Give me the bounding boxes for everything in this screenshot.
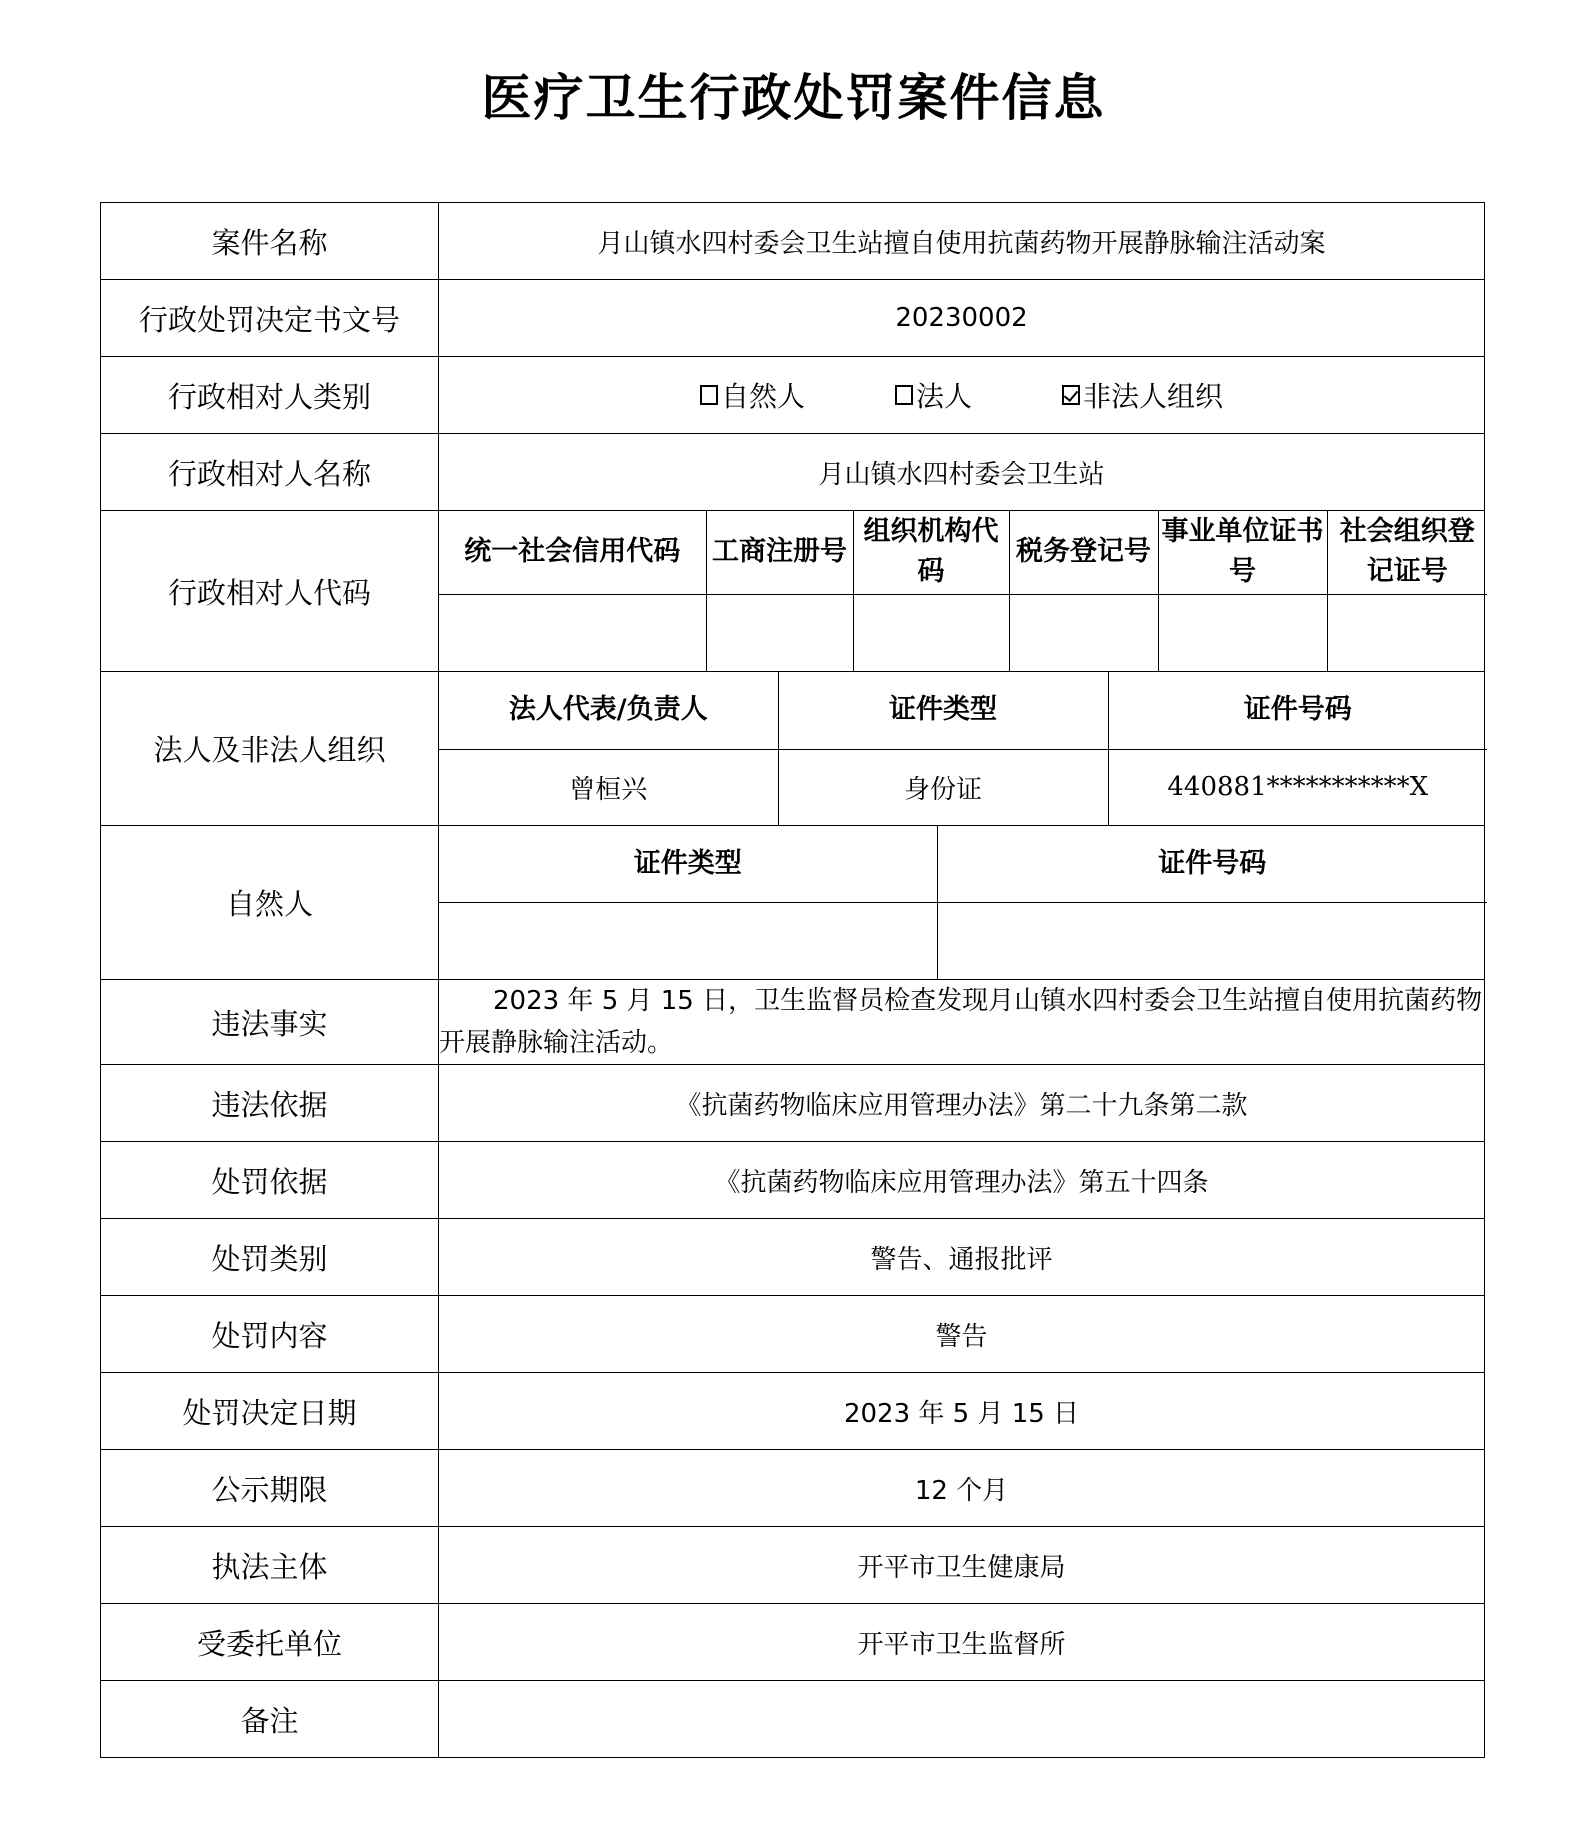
header-unified-credit-code: 统一社会信用代码 <box>439 511 706 594</box>
enforcement-body-label: 执法主体 <box>101 1527 439 1604</box>
row-party-code: 行政相对人代码 统一社会信用代码 工商注册号 组织机构代码 税务登记号 事业单位… <box>101 511 1485 672</box>
row-party-type: 行政相对人类别 自然人 法人 非法人组织 <box>101 357 1485 434</box>
enforcement-body-value: 开平市卫生健康局 <box>439 1527 1485 1604</box>
natural-person-grid-cell: 证件类型 证件号码 <box>439 826 1485 980</box>
unchecked-box-icon <box>895 385 913 405</box>
party-type-value: 自然人 法人 非法人组织 <box>439 357 1485 434</box>
party-name-label: 行政相对人名称 <box>101 434 439 511</box>
entrusted-unit-label: 受委托单位 <box>101 1604 439 1681</box>
publicity-period-label: 公示期限 <box>101 1450 439 1527</box>
checkbox-label: 非法人组织 <box>1083 375 1223 415</box>
checkbox-unincorporated-org[interactable]: 非法人组织 <box>1062 375 1223 415</box>
header-id-number: 证件号码 <box>1108 672 1487 749</box>
row-remarks: 备注 <box>101 1681 1485 1758</box>
unchecked-box-icon <box>700 385 718 405</box>
legal-entity-grid: 法人代表/负责人 证件类型 证件号码 曾桓兴 身份证 440881*******… <box>439 672 1487 825</box>
party-name-value: 月山镇水四村委会卫生站 <box>439 434 1485 511</box>
header-tax-reg-no: 税务登记号 <box>1009 511 1158 594</box>
row-penalty-basis: 处罚依据 《抗菌药物临床应用管理办法》第五十四条 <box>101 1142 1485 1219</box>
violation-basis-value: 《抗菌药物临床应用管理办法》第二十九条第二款 <box>439 1065 1485 1142</box>
party-code-grid: 统一社会信用代码 工商注册号 组织机构代码 税务登记号 事业单位证书号 社会组织… <box>439 511 1487 671</box>
value-id-number: 440881***********X <box>1108 749 1487 825</box>
value-id-type: 身份证 <box>778 749 1108 825</box>
case-name-label: 案件名称 <box>101 203 439 280</box>
row-natural-person: 自然人 证件类型 证件号码 <box>101 826 1485 980</box>
value-unified-credit-code <box>439 594 706 671</box>
remarks-value <box>439 1681 1485 1758</box>
row-decision-no: 行政处罚决定书文号 20230002 <box>101 280 1485 357</box>
checked-box-icon <box>1062 385 1080 405</box>
checkbox-label: 法人 <box>916 375 972 415</box>
document-title: 医疗卫生行政处罚案件信息 <box>0 58 1587 130</box>
decision-no-label: 行政处罚决定书文号 <box>101 280 439 357</box>
case-info-table: 案件名称 月山镇水四村委会卫生站擅自使用抗菌药物开展静脉输注活动案 行政处罚决定… <box>100 202 1485 1758</box>
party-code-label: 行政相对人代码 <box>101 511 439 672</box>
penalty-basis-value: 《抗菌药物临床应用管理办法》第五十四条 <box>439 1142 1485 1219</box>
row-decision-date: 处罚决定日期 2023 年 5 月 15 日 <box>101 1373 1485 1450</box>
header-id-type: 证件类型 <box>439 826 937 902</box>
value-id-type <box>439 902 937 979</box>
penalty-content-value: 警告 <box>439 1296 1485 1373</box>
violation-basis-label: 违法依据 <box>101 1065 439 1142</box>
decision-date-label: 处罚决定日期 <box>101 1373 439 1450</box>
remarks-label: 备注 <box>101 1681 439 1758</box>
row-case-name: 案件名称 月山镇水四村委会卫生站擅自使用抗菌药物开展静脉输注活动案 <box>101 203 1485 280</box>
value-social-org-reg-no <box>1327 594 1487 671</box>
legal-entity-label: 法人及非法人组织 <box>101 672 439 826</box>
row-penalty-content: 处罚内容 警告 <box>101 1296 1485 1373</box>
checkbox-label: 自然人 <box>721 375 805 415</box>
value-org-code <box>853 594 1009 671</box>
penalty-category-value: 警告、通报批评 <box>439 1219 1485 1296</box>
penalty-category-label: 处罚类别 <box>101 1219 439 1296</box>
natural-person-grid: 证件类型 证件号码 <box>439 826 1487 979</box>
case-name-value: 月山镇水四村委会卫生站擅自使用抗菌药物开展静脉输注活动案 <box>439 203 1485 280</box>
value-id-number <box>937 902 1487 979</box>
row-entrusted-unit: 受委托单位 开平市卫生监督所 <box>101 1604 1485 1681</box>
natural-person-label: 自然人 <box>101 826 439 980</box>
header-id-number: 证件号码 <box>937 826 1487 902</box>
decision-date-value: 2023 年 5 月 15 日 <box>439 1373 1485 1450</box>
header-public-institution-cert-no: 事业单位证书号 <box>1158 511 1327 594</box>
publicity-period-value: 12 个月 <box>439 1450 1485 1527</box>
party-type-checkbox-group: 自然人 法人 非法人组织 <box>439 375 1484 415</box>
header-id-type: 证件类型 <box>778 672 1108 749</box>
row-party-name: 行政相对人名称 月山镇水四村委会卫生站 <box>101 434 1485 511</box>
header-org-code: 组织机构代码 <box>853 511 1009 594</box>
checkbox-legal-person[interactable]: 法人 <box>895 375 972 415</box>
row-publicity-period: 公示期限 12 个月 <box>101 1450 1485 1527</box>
header-legal-representative: 法人代表/负责人 <box>439 672 778 749</box>
checkbox-natural-person[interactable]: 自然人 <box>700 375 805 415</box>
row-legal-entity: 法人及非法人组织 法人代表/负责人 证件类型 证件号码 曾桓兴 身份证 4408… <box>101 672 1485 826</box>
legal-entity-grid-cell: 法人代表/负责人 证件类型 证件号码 曾桓兴 身份证 440881*******… <box>439 672 1485 826</box>
facts-value: 2023 年 5 月 15 日，卫生监督员检查发现月山镇水四村委会卫生站擅自使用… <box>439 980 1485 1065</box>
row-violation-basis: 违法依据 《抗菌药物临床应用管理办法》第二十九条第二款 <box>101 1065 1485 1142</box>
row-enforcement-body: 执法主体 开平市卫生健康局 <box>101 1527 1485 1604</box>
row-penalty-category: 处罚类别 警告、通报批评 <box>101 1219 1485 1296</box>
value-business-reg-no <box>706 594 853 671</box>
penalty-basis-label: 处罚依据 <box>101 1142 439 1219</box>
header-social-org-reg-no: 社会组织登记证号 <box>1327 511 1487 594</box>
value-legal-representative: 曾桓兴 <box>439 749 778 825</box>
penalty-content-label: 处罚内容 <box>101 1296 439 1373</box>
party-code-grid-cell: 统一社会信用代码 工商注册号 组织机构代码 税务登记号 事业单位证书号 社会组织… <box>439 511 1485 672</box>
facts-label: 违法事实 <box>101 980 439 1065</box>
value-public-institution-cert-no <box>1158 594 1327 671</box>
header-business-reg-no: 工商注册号 <box>706 511 853 594</box>
decision-no-value: 20230002 <box>439 280 1485 357</box>
entrusted-unit-value: 开平市卫生监督所 <box>439 1604 1485 1681</box>
row-facts: 违法事实 2023 年 5 月 15 日，卫生监督员检查发现月山镇水四村委会卫生… <box>101 980 1485 1065</box>
value-tax-reg-no <box>1009 594 1158 671</box>
party-type-label: 行政相对人类别 <box>101 357 439 434</box>
